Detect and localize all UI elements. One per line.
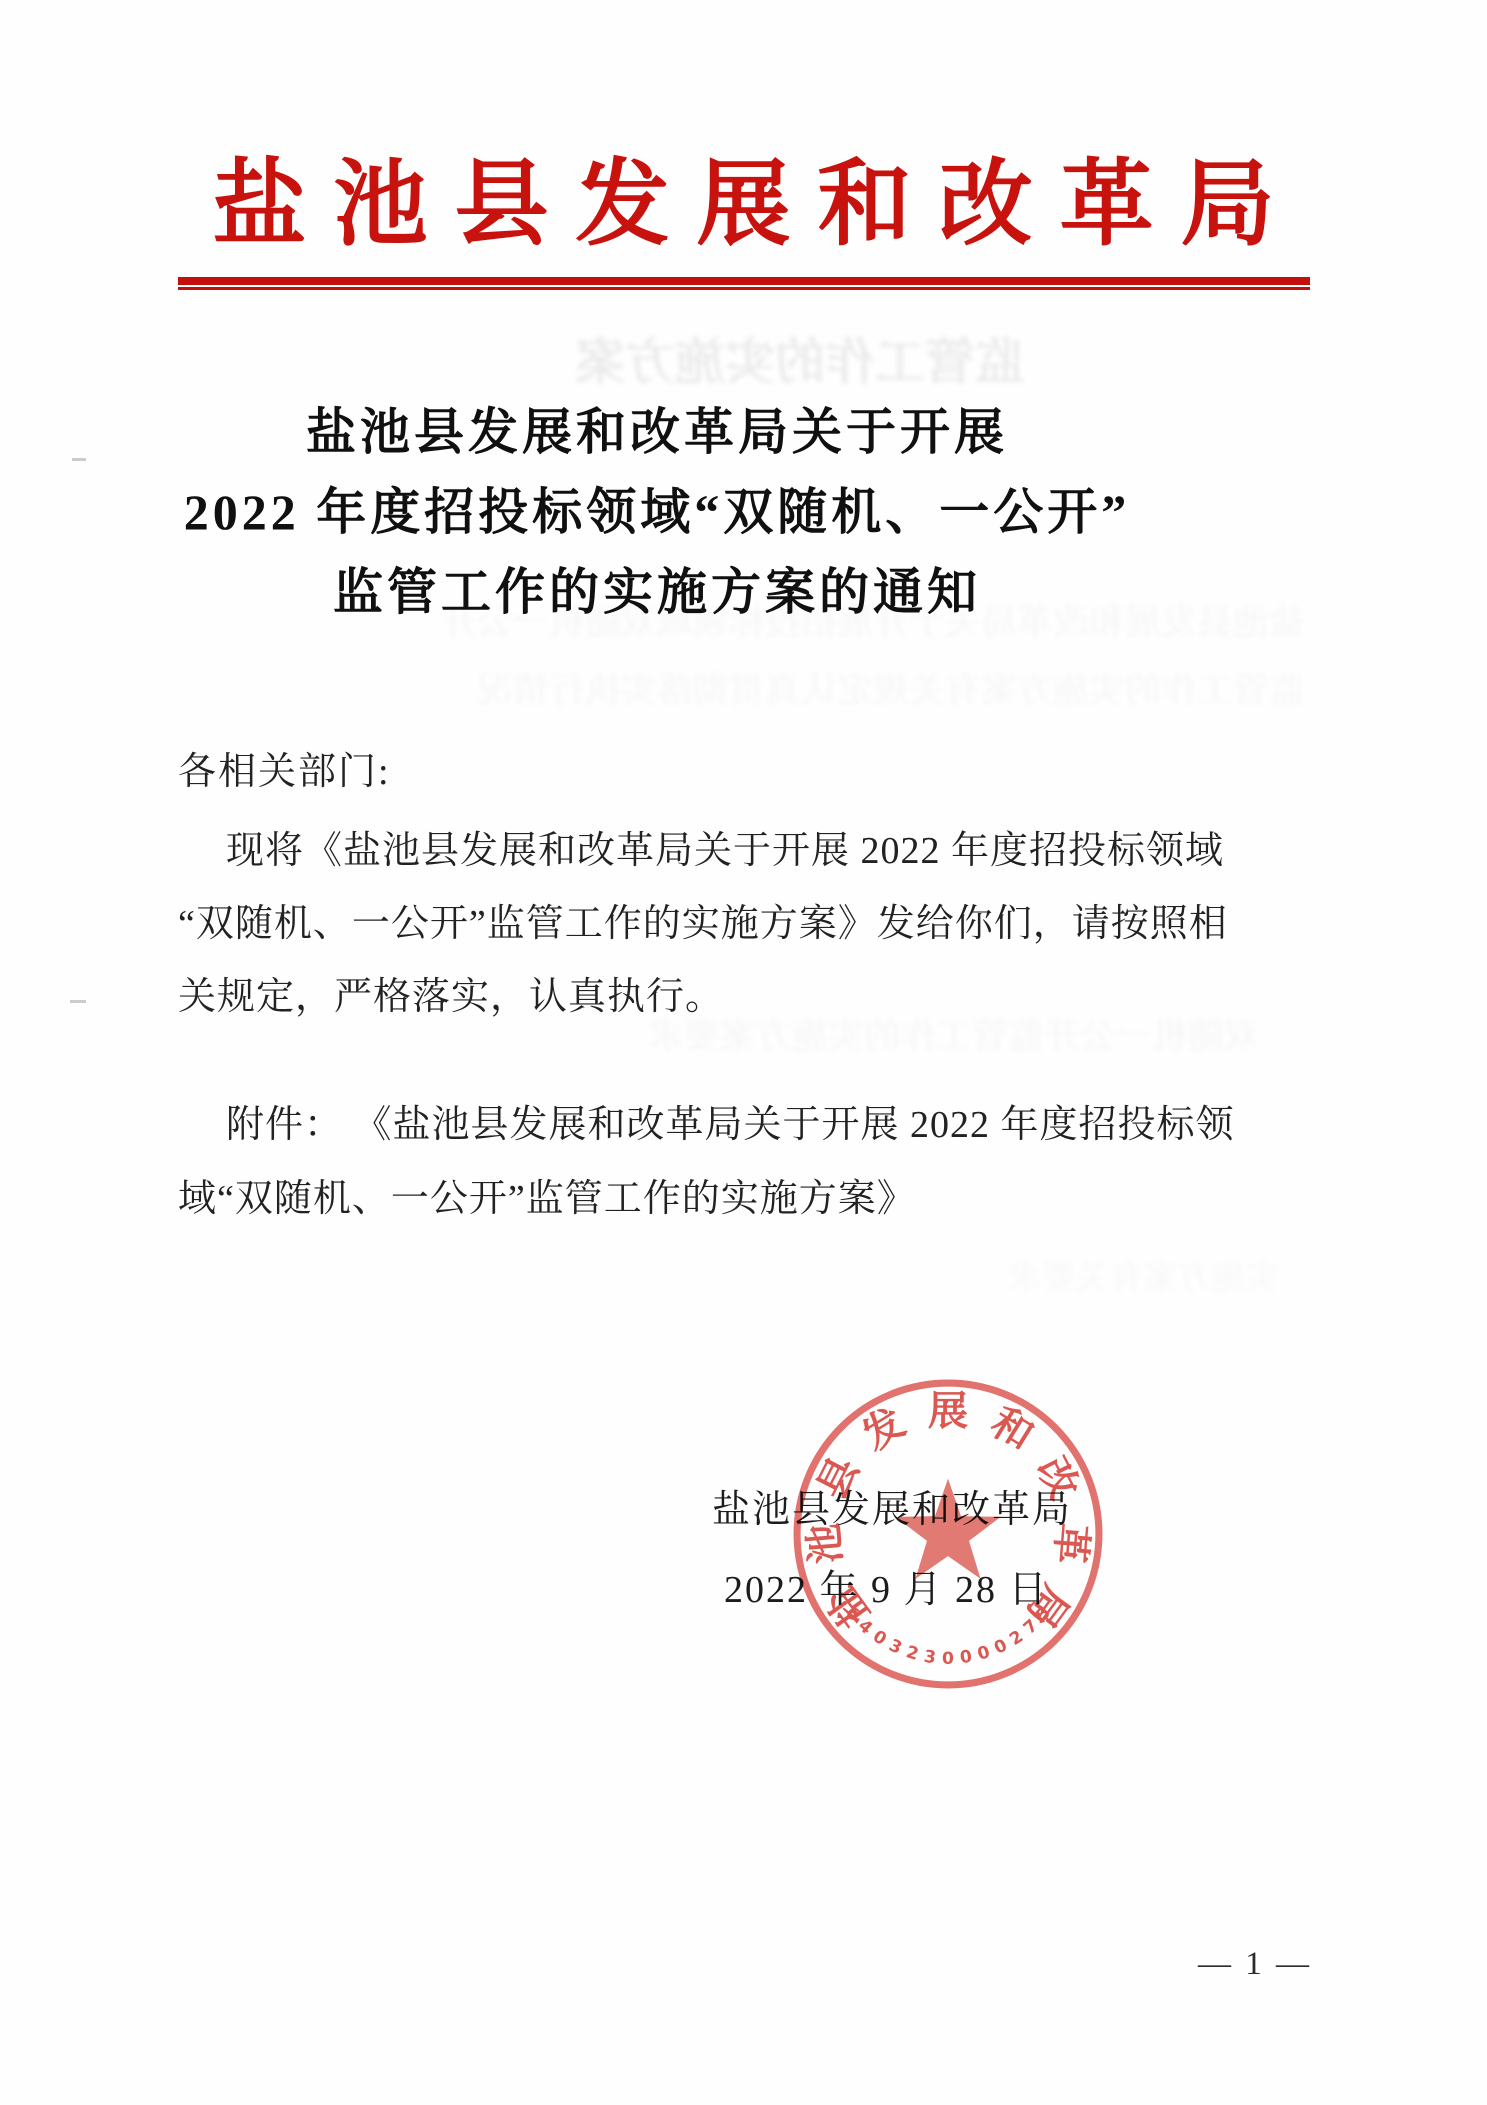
document-page: 监管工作的实施方案 盐池县发展和改革局关于开展招投标领域双随机一公开 监管工作的…	[0, 0, 1487, 2105]
body-line: 关规定，严格落实，认真执行。	[178, 961, 1318, 1034]
document-title-line1: 盐池县发展和改革局关于开展	[0, 392, 1314, 472]
svg-text:3: 3	[886, 1636, 905, 1659]
attachment-line: 附件： 《盐池县发展和改革局关于开展 2022 年度招投标领	[178, 1088, 1318, 1162]
svg-text:2: 2	[1006, 1627, 1027, 1650]
svg-text:展: 展	[928, 1388, 968, 1433]
seal-star	[895, 1479, 1000, 1579]
svg-text:革: 革	[1047, 1522, 1095, 1566]
scan-artifact	[70, 1000, 86, 1003]
letterhead-divider	[178, 277, 1310, 290]
document-title-line3: 监管工作的实施方案的通知	[0, 552, 1314, 632]
svg-text:3: 3	[923, 1647, 938, 1669]
body-paragraph: 现将《盐池县发展和改革局关于开展 2022 年度招投标领域 “双随机、一公开”监…	[178, 815, 1318, 1034]
document-title-line2: 2022 年度招投标领域“双随机、一公开”	[0, 472, 1314, 552]
body-line: “双随机、一公开”监管工作的实施方案》发给你们，请按照相	[178, 888, 1318, 961]
salutation: 各相关部门:	[178, 740, 391, 795]
letterhead-agency-name: 盐池县发展和改革局	[0, 128, 1487, 263]
document-title: 盐池县发展和改革局关于开展 2022 年度招投标领域“双随机、一公开” 监管工作…	[0, 392, 1314, 632]
svg-text:0: 0	[942, 1649, 954, 1669]
official-seal: 盐池县发展和改革局6403230000275	[786, 1372, 1110, 1696]
svg-text:0: 0	[991, 1635, 1010, 1658]
svg-text:0: 0	[975, 1642, 992, 1665]
svg-text:2: 2	[904, 1642, 921, 1665]
attachment-reference: 附件： 《盐池县发展和改革局关于开展 2022 年度招投标领 域“双随机、一公开…	[178, 1088, 1318, 1236]
bleedthrough-text: 监管工作的实施方案有关规定认真贯彻落实执行情况	[195, 662, 1305, 713]
bleedthrough-text: 实施方案有关要求	[860, 1250, 1280, 1299]
attachment-line: 域“双随机、一公开”监管工作的实施方案》	[178, 1162, 1318, 1236]
bleedthrough-text: 监管工作的实施方案	[520, 322, 1080, 394]
body-line: 现将《盐池县发展和改革局关于开展 2022 年度招投标领域	[178, 815, 1318, 888]
svg-text:0: 0	[869, 1627, 890, 1650]
page-number: — 1 —	[1198, 1946, 1312, 1983]
svg-text:0: 0	[959, 1647, 974, 1669]
svg-text:池: 池	[801, 1522, 849, 1566]
